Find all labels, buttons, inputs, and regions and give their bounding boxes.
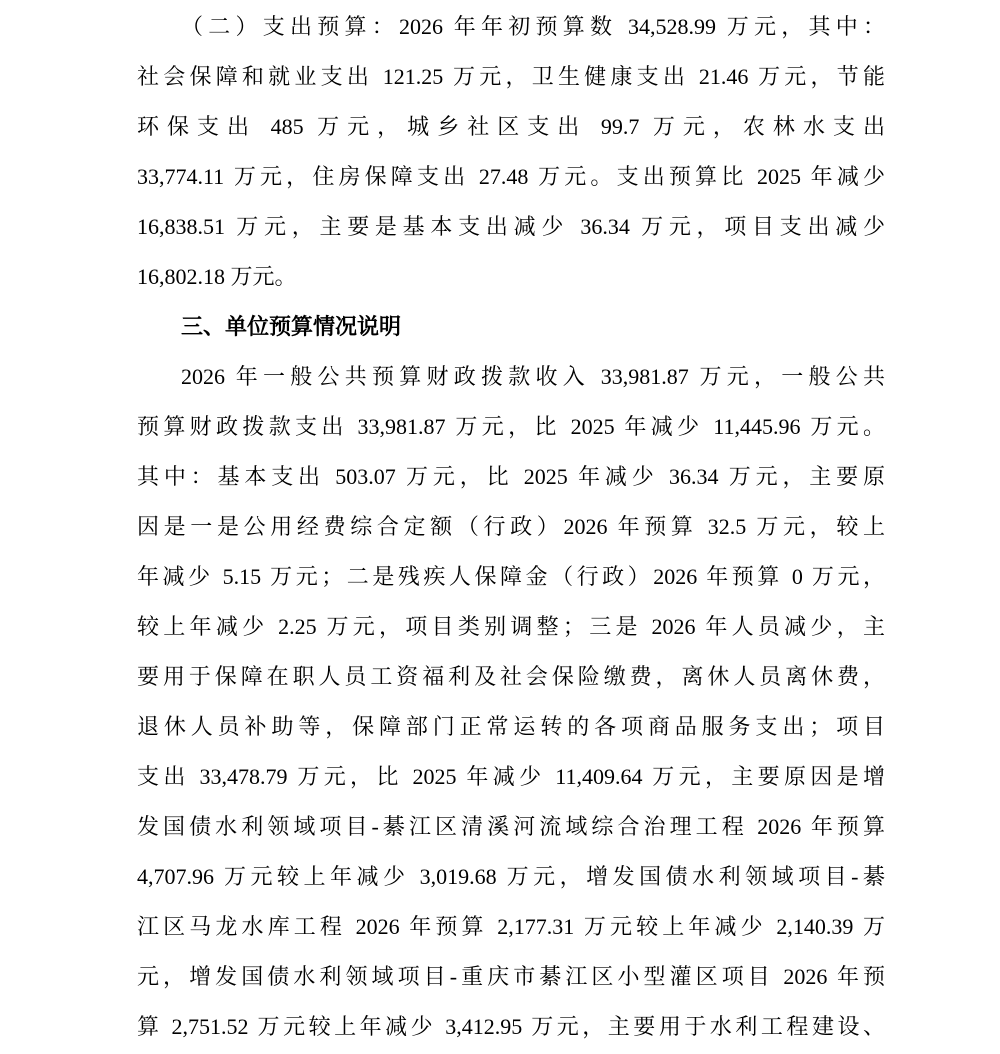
text-line: 年减少 5.15 万元；二是残疾人保障金（行政）2026 年预算 0 万元， [137,552,885,602]
text-line: 预算财政拨款支出 33,981.87 万元，比 2025 年减少 11,445.… [137,402,885,452]
text-line: 发国债水利领域项目-綦江区清溪河流域综合治理工程 2026 年预算 [137,802,885,852]
text-line: 环保支出 485 万元，城乡社区支出 99.7 万元，农林水支出 [137,102,885,152]
text-line: 退休人员补助等，保障部门正常运转的各项商品服务支出；项目 [137,702,885,752]
text-line: 要用于保障在职人员工资福利及社会保险缴费，离休人员离休费， [137,652,885,702]
text-line: 因是一是公用经费综合定额（行政）2026 年预算 32.5 万元，较上 [137,502,885,552]
text-line: （二）支出预算：2026 年年初预算数 34,528.99 万元，其中： [137,2,885,52]
text-line: 其中：基本支出 503.07 万元，比 2025 年减少 36.34 万元，主要… [137,452,885,502]
text-line: 元，增发国债水利领域项目-重庆市綦江区小型灌区项目 2026 年预 [137,952,885,1002]
text-line: 16,802.18 万元。 [137,252,885,302]
text-line: 江区马龙水库工程 2026 年预算 2,177.31 万元较上年减少 2,140… [137,902,885,952]
text-block: （二）支出预算：2026 年年初预算数 34,528.99 万元，其中：社会保障… [137,2,885,1052]
text-line: 2026 年一般公共预算财政拨款收入 33,981.87 万元，一般公共 [137,352,885,402]
text-line: 支出 33,478.79 万元，比 2025 年减少 11,409.64 万元，… [137,752,885,802]
text-line: 算 2,751.52 万元较上年减少 3,412.95 万元，主要用于水利工程建… [137,1002,885,1052]
section-heading: 三、单位预算情况说明 [137,302,885,352]
document-page: （二）支出预算：2026 年年初预算数 34,528.99 万元，其中：社会保障… [0,0,1000,1054]
text-line: 33,774.11 万元，住房保障支出 27.48 万元。支出预算比 2025 … [137,152,885,202]
text-line: 较上年减少 2.25 万元，项目类别调整；三是 2026 年人员减少，主 [137,602,885,652]
text-line: 4,707.96 万元较上年减少 3,019.68 万元，增发国债水利领域项目-… [137,852,885,902]
text-line: 16,838.51 万元，主要是基本支出减少 36.34 万元，项目支出减少 [137,202,885,252]
text-line: 社会保障和就业支出 121.25 万元，卫生健康支出 21.46 万元，节能 [137,52,885,102]
